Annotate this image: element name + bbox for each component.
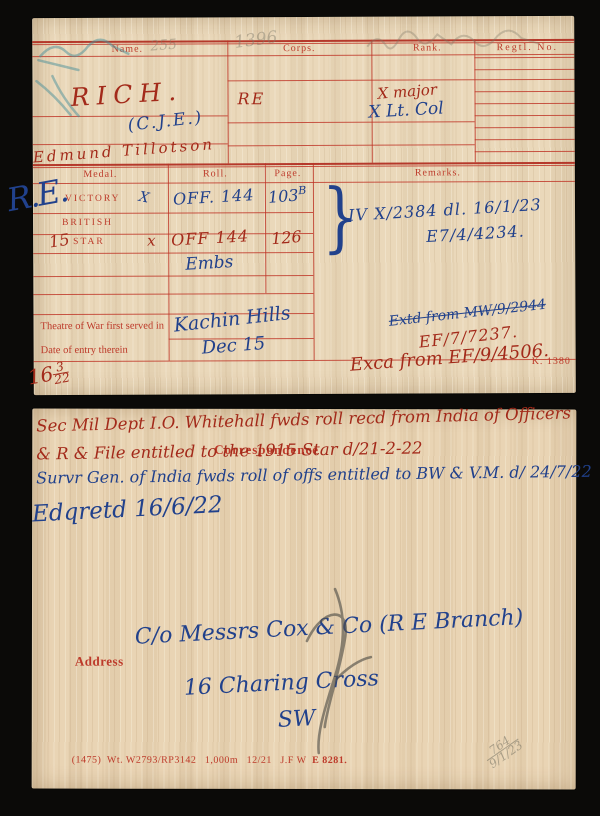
roll-value: OFF. 144 bbox=[172, 185, 254, 209]
medal-row-star: 15 Star x OFF 144 126 bbox=[32, 16, 574, 18]
medal-label: British bbox=[62, 218, 113, 228]
medal-mark: x bbox=[147, 232, 156, 250]
theatre-value: Kachin Hills bbox=[173, 302, 292, 337]
print-footer: (1475) Wt. W2793/RP3142 1,000m 12/21 J.F… bbox=[72, 755, 348, 766]
medal-label: Star bbox=[73, 237, 105, 247]
corps-value: RE bbox=[237, 89, 265, 108]
remarks-line-1: IV X/2384 dl. 16/1/23 bbox=[348, 195, 543, 225]
extd-note: Extd from MW/9/2944 bbox=[388, 297, 547, 330]
form-number: K. 1380 bbox=[532, 356, 571, 367]
pencil-scribble bbox=[362, 21, 562, 62]
ruled-lines bbox=[32, 16, 574, 18]
page-header: Page. bbox=[258, 168, 318, 179]
address-label: Address bbox=[75, 654, 124, 670]
footer-code: E 8281. bbox=[312, 755, 347, 766]
entry-date-value: Dec 15 bbox=[201, 333, 266, 359]
medal-card-back: Correspondence Sec Mil Dept I.O. Whiteha… bbox=[32, 409, 577, 790]
margin-initials: R.E. bbox=[4, 171, 70, 219]
medal-card-front: Name. Corps. Rank. Regtl. No. RICH. (C.J… bbox=[32, 16, 576, 395]
pencil-flourish bbox=[267, 587, 377, 757]
medal-row-victory: Victory X OFF. 144 103B bbox=[32, 16, 574, 18]
scanned-medal-index-card: Name. Corps. Rank. Regtl. No. RICH. (C.J… bbox=[0, 0, 600, 816]
pencil-date-note: 7649/1/23 bbox=[481, 730, 524, 769]
correspondence-note-red-1: Sec Mil Dept I.O. Whitehall fwds roll re… bbox=[36, 403, 571, 435]
medal-header: Medal. bbox=[68, 169, 133, 180]
date-stamp: 16322 bbox=[26, 359, 71, 390]
remarks-line-2: E7/4/4234. bbox=[426, 221, 526, 246]
roll-note-embs: Embs bbox=[185, 252, 234, 275]
medal-row-british: British bbox=[32, 16, 574, 18]
roll-header: Roll. bbox=[183, 168, 248, 179]
page-value: 126 bbox=[270, 227, 302, 248]
rank-value-lt-col: X Lt. Col bbox=[368, 98, 444, 122]
page-value: 103B bbox=[267, 184, 307, 207]
correspondence-note-blue-2: Edqretd 16/6/22 bbox=[31, 492, 223, 528]
forenames-value: Edmund Tillotson bbox=[32, 135, 215, 166]
roll-value: OFF 144 bbox=[171, 226, 250, 249]
teal-scribble bbox=[30, 26, 160, 122]
correspondence-note-red-2: & R & File entitled to the 1915 Star d/2… bbox=[36, 438, 423, 463]
remarks-header: Remarks. bbox=[393, 167, 483, 178]
correspondence-note-blue-1: Survr Gen. of India fwds roll of offs en… bbox=[36, 462, 592, 488]
entry-date-label: Date of entry therein bbox=[41, 345, 128, 356]
theatre-label: Theatre of War first served in bbox=[41, 321, 164, 333]
medal-mark: X bbox=[137, 189, 150, 207]
medal-label: Victory bbox=[65, 194, 121, 204]
star-prefix: 15 bbox=[48, 230, 71, 252]
